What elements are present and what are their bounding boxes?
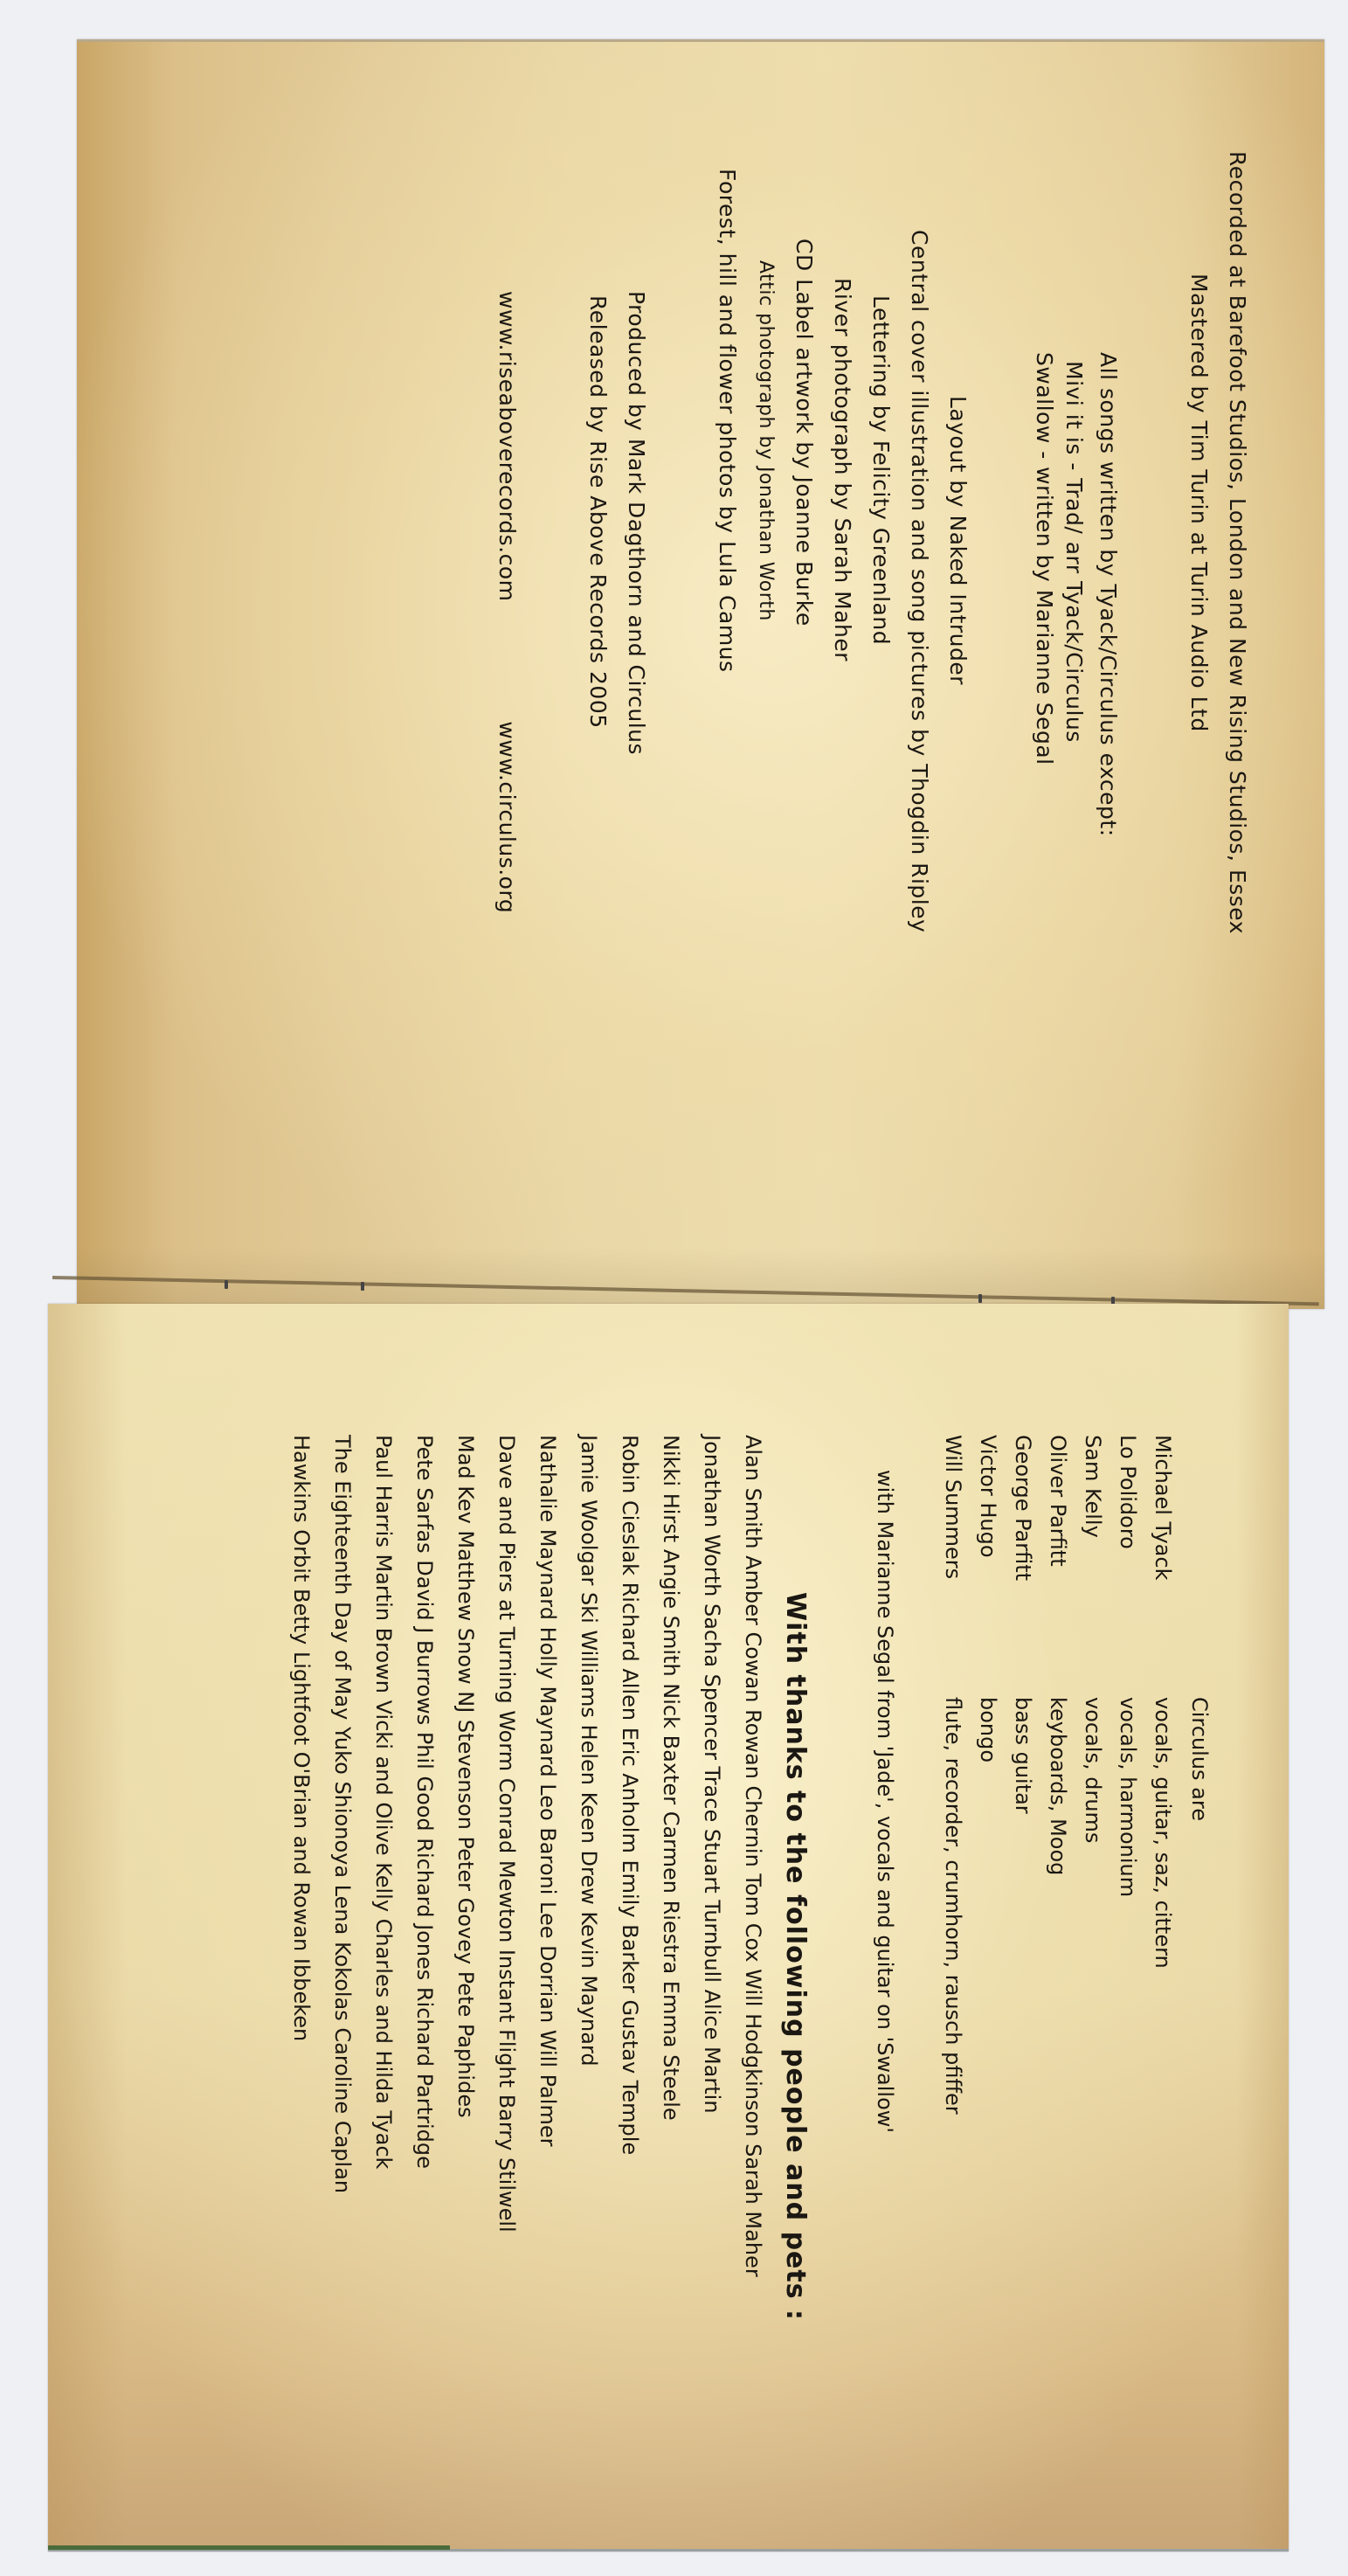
- member-row: Michael Tyack vocals, guitar, saz, citte…: [1145, 1435, 1180, 2379]
- staple-icon: [361, 1282, 364, 1291]
- member-row: Will Summers flute, recorder, crumhorn, …: [936, 1435, 971, 2379]
- thanks-line: Mad Kev Matthew Snow NJ Stevenson Peter …: [445, 1435, 486, 2379]
- thanks-line: Dave and Piers at Turning Worm Conrad Me…: [486, 1435, 527, 2379]
- credits-text-block: Recorded at Barefoot Studios, London and…: [487, 151, 1256, 1008]
- thanks-line: Robin Cieslak Richard Allen Eric Anholm …: [609, 1435, 650, 2379]
- mastered-line: Mastered by Tim Turin at Turin Audio Ltd: [1179, 151, 1218, 1008]
- member-row: George Parfitt bass guitar: [1006, 1435, 1040, 2379]
- released-line: Released by Rise Above Records 2005: [578, 151, 617, 1008]
- member-role: bongo: [971, 1697, 1006, 1762]
- songs-written-line: All songs written by Tyack/Circulus exce…: [1089, 151, 1127, 1008]
- thanks-line: Nathalie Maynard Holly Maynard Leo Baron…: [527, 1435, 568, 2379]
- guest-credit: with Marianne Segal from 'Jade', vocals …: [866, 1435, 904, 2379]
- band-text-block: Circulus are Michael Tyack vocals, guita…: [280, 1435, 1219, 2379]
- member-row: Lo Polidoro vocals, harmonium: [1110, 1435, 1145, 2379]
- produced-line: Produced by Mark Dagthorn and Circulus: [617, 151, 655, 1008]
- member-name: Lo Polidoro: [1110, 1435, 1145, 1697]
- member-row: Victor Hugo bongo: [971, 1435, 1006, 2379]
- attic-photo-credit: Attic photograph by Jonathan Worth: [746, 151, 785, 1008]
- thanks-line: The Eighteenth Day of May Yuko Shionoya …: [321, 1435, 363, 2379]
- lettering-credit: Lettering by Felicity Greenland: [861, 151, 900, 1008]
- thanks-line: Hawkins Orbit Betty Lightfoot O'Brian an…: [280, 1435, 321, 2379]
- forest-photos-credit: Forest, hill and flower photos by Lula C…: [708, 151, 746, 1008]
- band-title: Circulus are: [1180, 1435, 1219, 2379]
- member-name: Oliver Parfitt: [1040, 1435, 1075, 1697]
- member-role: vocals, guitar, saz, cittern: [1145, 1697, 1180, 1969]
- cd-label-credit: CD Label artwork by Joanne Burke: [785, 151, 823, 1008]
- booklet-page-credits: Recorded at Barefoot Studios, London and…: [77, 39, 1324, 1309]
- cover-illustration-credit: Central cover illustration and song pict…: [900, 151, 938, 1008]
- member-name: Michael Tyack: [1145, 1435, 1180, 1697]
- member-role: keyboards, Moog: [1040, 1697, 1075, 1875]
- member-name: Sam Kelly: [1075, 1435, 1110, 1697]
- booklet-cover-edge: [48, 2545, 450, 2550]
- member-role: vocals, harmonium: [1110, 1697, 1145, 1897]
- member-role: vocals, drums: [1075, 1697, 1110, 1843]
- exception-swallow-line: Swallow - written by Marianne Segal: [1029, 151, 1059, 1008]
- thanks-line: Pete Sarfas David J Burrows Phil Good Ri…: [404, 1435, 445, 2379]
- member-name: Will Summers: [936, 1435, 971, 1697]
- member-role: flute, recorder, crumhorn, rausch pfiffe…: [936, 1697, 971, 2115]
- band-url-link[interactable]: www.circulus.org: [494, 721, 520, 913]
- thanks-line: Alan Smith Amber Cowan Rowan Chernin Tom…: [732, 1435, 773, 2379]
- exception-mivi-line: Mivi it is - Trad/ arr Tyack/Circulus: [1059, 151, 1089, 1008]
- recorded-line: Recorded at Barefoot Studios, London and…: [1218, 151, 1256, 1008]
- member-row: Sam Kelly vocals, drums: [1075, 1435, 1110, 2379]
- url-row: www.riseaboverecords.com www.circulus.or…: [487, 151, 526, 1008]
- thanks-line: Paul Harris Martin Brown Vicki and Olive…: [363, 1435, 404, 2379]
- thanks-line: Jamie Woolgar Ski Williams Helen Keen Dr…: [568, 1435, 609, 2379]
- thanks-title: With thanks to the following people and …: [773, 1435, 817, 2379]
- member-row: Oliver Parfitt keyboards, Moog: [1040, 1435, 1075, 2379]
- member-name: George Parfitt: [1006, 1435, 1040, 1697]
- layout-credit: Layout by Naked Intruder: [938, 151, 977, 1008]
- thanks-line: Nikki Hirst Angie Smith Nick Baxter Carm…: [650, 1435, 691, 2379]
- booklet-page-band-and-thanks: Circulus are Michael Tyack vocals, guita…: [48, 1304, 1289, 2552]
- label-url-link[interactable]: www.riseaboverecords.com: [494, 291, 520, 602]
- river-photo-credit: River photograph by Sarah Maher: [823, 151, 861, 1008]
- staple-icon: [225, 1280, 228, 1289]
- staple-icon: [978, 1294, 982, 1303]
- thanks-line: Jonathan Worth Sacha Spencer Trace Stuar…: [691, 1435, 732, 2379]
- member-role: bass guitar: [1006, 1697, 1040, 1814]
- member-name: Victor Hugo: [971, 1435, 1006, 1697]
